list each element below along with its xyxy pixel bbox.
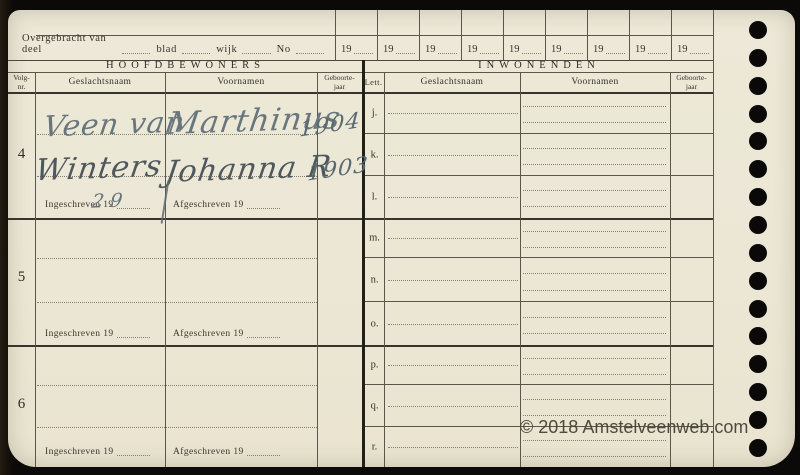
inwonenden-row: m.	[365, 218, 713, 258]
year-prefix: 19	[593, 44, 604, 55]
year-prefix: 19	[383, 44, 394, 55]
fill-in-line	[296, 44, 324, 54]
column-header-voornamen-left: Voornamen	[165, 72, 317, 92]
ingeschreven-label: Ingeschreven 19	[45, 328, 150, 339]
letter-label: r.	[365, 442, 384, 453]
column-header-text: jaar	[670, 83, 713, 92]
row-number: 6	[8, 396, 35, 413]
column-header-geslachtsnaam-right: Geslachtsnaam	[384, 72, 520, 92]
fill-in-line	[564, 44, 584, 54]
letter-label: k.	[365, 149, 384, 160]
entry-line	[523, 440, 666, 441]
year-prefix: 19	[635, 44, 646, 55]
fill-in-line	[606, 44, 626, 54]
year-cell: 19	[671, 35, 713, 60]
fill-in-line	[247, 446, 280, 456]
fill-in-line	[122, 44, 150, 54]
letter-label: o.	[365, 318, 384, 329]
year-cell: 19	[461, 35, 503, 60]
fill-in-line	[480, 44, 500, 54]
transfer-label-wijk: wijk	[216, 44, 237, 55]
fill-in-line	[438, 44, 458, 54]
transfer-label-deel: Overgebracht van deel	[22, 33, 117, 55]
punch-hole	[749, 49, 767, 67]
entry-line	[523, 190, 666, 191]
afgeschreven-label: Afgeschreven 19	[173, 199, 280, 210]
punch-hole	[749, 439, 767, 457]
entry-line	[523, 374, 666, 375]
inwonenden-row: l.	[365, 176, 713, 218]
label-text: Afgeschreven 19	[173, 200, 244, 210]
punch-hole	[749, 300, 767, 318]
fill-in-line	[354, 44, 374, 54]
column-header-geboortejaar-right: Geboorte- jaar	[670, 72, 713, 92]
section-title-inwonenden: INWONENDEN	[365, 59, 713, 72]
ingeschreven-label: Ingeschreven 19	[45, 446, 150, 457]
year-cell: 19	[545, 35, 587, 60]
punch-hole	[749, 272, 767, 290]
label-text: Afgeschreven 19	[173, 329, 244, 339]
row-number: 4	[8, 146, 35, 163]
entry-line	[523, 148, 666, 149]
entry-line	[523, 106, 666, 107]
entry-line	[523, 247, 666, 248]
transfer-label-no: No	[277, 44, 291, 55]
year-cell: 19	[419, 35, 461, 60]
label-text: Ingeschreven 19	[45, 329, 114, 339]
inwonenden-row: o.	[365, 302, 713, 345]
entry-line	[388, 155, 518, 156]
letter-label: m.	[365, 232, 384, 243]
year-prefix: 19	[677, 44, 688, 55]
entry-line	[523, 206, 666, 207]
entry-line	[388, 447, 518, 448]
entry-line	[523, 358, 666, 359]
column-header-text: jaar	[317, 83, 362, 92]
entry-line	[523, 273, 666, 274]
letter-label: j.	[365, 107, 384, 118]
section-title-hoofdbewoners: HOOFDBEWONERS	[8, 59, 363, 72]
punch-hole	[749, 383, 767, 401]
letter-label: l.	[365, 192, 384, 203]
handwritten-surname: Winters	[33, 149, 164, 188]
column-header-geslachtsnaam-left: Geslachtsnaam	[35, 72, 165, 92]
entry-line	[388, 197, 518, 198]
entry-line	[388, 113, 518, 114]
entry-line	[388, 238, 518, 239]
year-cell: 19	[377, 35, 419, 60]
punch-hole	[749, 411, 767, 429]
column-header-lett: Lett.	[363, 72, 384, 92]
scanned-register-card-photo: { "transfer_row": { "parts": ["Overgebra…	[0, 0, 800, 475]
fill-in-line	[522, 44, 542, 54]
year-cell: 19	[629, 35, 671, 60]
entry-line	[388, 365, 518, 366]
transfer-label-blad: blad	[156, 44, 176, 55]
inwonenden-row: j.	[365, 92, 713, 134]
fill-in-line	[396, 44, 416, 54]
entry-line	[523, 164, 666, 165]
entry-line	[523, 415, 666, 416]
fill-in-line	[117, 328, 150, 338]
fill-in-line	[247, 328, 280, 338]
punch-hole	[749, 188, 767, 206]
fill-in-line	[648, 44, 668, 54]
fill-in-line	[690, 44, 710, 54]
entry-line	[37, 385, 317, 386]
handwritten-ingeschreven-year: 29	[90, 189, 129, 212]
table-line	[713, 10, 714, 467]
punch-hole	[749, 160, 767, 178]
entry-line	[523, 333, 666, 334]
fill-in-line	[242, 44, 270, 54]
year-prefix: 19	[425, 44, 436, 55]
punch-hole	[749, 216, 767, 234]
punch-hole	[749, 327, 767, 345]
column-header-volgnr: Volg- nr.	[8, 72, 35, 92]
year-cell: 19	[587, 35, 629, 60]
punch-hole	[749, 355, 767, 373]
year-prefix: 19	[341, 44, 352, 55]
label-text: Afgeschreven 19	[173, 447, 244, 457]
inwonenden-row: p.	[365, 345, 713, 385]
year-prefix: 19	[509, 44, 520, 55]
label-text: Ingeschreven 19	[45, 447, 114, 457]
transfer-row: Overgebracht van deel blad wijk No	[22, 35, 330, 60]
punch-hole	[749, 21, 767, 39]
entry-line	[523, 456, 666, 457]
year-cell: 19	[335, 35, 377, 60]
entry-line	[388, 406, 518, 407]
column-header-voornamen-right: Voornamen	[520, 72, 670, 92]
punch-hole	[749, 244, 767, 262]
column-header-text: nr.	[8, 83, 35, 92]
entry-line	[37, 258, 317, 259]
year-prefix: 19	[551, 44, 562, 55]
entry-line	[523, 399, 666, 400]
punch-hole	[749, 77, 767, 95]
afgeschreven-label: Afgeschreven 19	[173, 328, 280, 339]
letter-label: n.	[365, 274, 384, 285]
entry-line	[37, 302, 317, 303]
letter-label: q.	[365, 400, 384, 411]
year-cell: 19	[503, 35, 545, 60]
entry-line	[37, 427, 317, 428]
table-line	[35, 72, 36, 467]
entry-line	[388, 324, 518, 325]
fill-in-line	[117, 446, 150, 456]
copyright-watermark: © 2018 Amstelveenweb.com	[520, 417, 748, 438]
fill-in-line	[247, 199, 280, 209]
inwonenden-row: n.	[365, 258, 713, 302]
punch-hole	[749, 105, 767, 123]
entry-line	[523, 317, 666, 318]
row-number: 5	[8, 269, 35, 286]
entry-line	[523, 231, 666, 232]
column-header-geboortejaar-left: Geboorte- jaar	[317, 72, 362, 92]
register-card: Overgebracht van deel blad wijk No 19 19…	[8, 10, 795, 467]
entry-line	[388, 280, 518, 281]
afgeschreven-label: Afgeschreven 19	[173, 446, 280, 457]
entry-line	[523, 122, 666, 123]
punch-hole	[749, 132, 767, 150]
letter-label: p.	[365, 359, 384, 370]
inwonenden-row: k.	[365, 134, 713, 176]
fill-in-line	[182, 44, 210, 54]
entry-line	[523, 290, 666, 291]
year-prefix: 19	[467, 44, 478, 55]
